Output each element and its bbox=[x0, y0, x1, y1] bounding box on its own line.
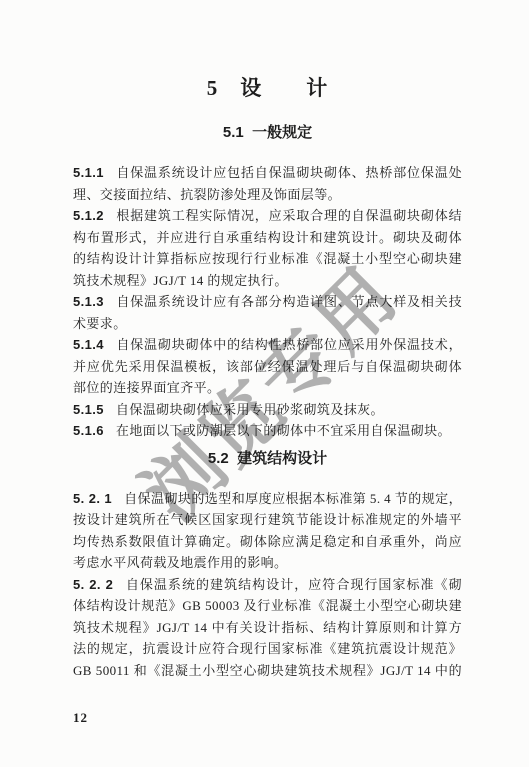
clause-line: 5.1.6在地面以下或防潮层以下的砌体中不宜采用自保温砌块。 bbox=[73, 420, 462, 442]
clause-line: 考虑水平风荷载及地震作用的影响。 bbox=[73, 552, 462, 574]
clause-text: 自保温系统设计应包括自保温砌块砌体、热桥部位保温处 bbox=[116, 165, 462, 180]
clause-line: 按设计建筑所在气候区国家现行建筑节能设计标准规定的外墙平 bbox=[73, 509, 462, 531]
clause-number: 5.1.3 bbox=[73, 294, 104, 309]
clause-line: 5.1.4自保温砌块砌体中的结构性热桥部位应采用外保温技术， bbox=[73, 334, 462, 356]
clause-line: 构布置形式，并应进行自承重结构设计和建筑设计。砌块及砌体 bbox=[73, 227, 462, 249]
clause: 5.1.5自保温砌块砌体应采用专用砂浆砌筑及抹灰。 bbox=[73, 399, 462, 421]
clause: 5. 2. 2自保温系统的建筑结构设计，应符合现行国家标准《砌体结构设计规范》G… bbox=[73, 574, 462, 682]
clause-number: 5. 2. 1 bbox=[73, 491, 112, 506]
clause-line: 5.1.1自保温系统设计应包括自保温砌块砌体、热桥部位保温处 bbox=[73, 162, 462, 184]
clause-line: 5. 2. 1自保温砌块的选型和厚度应根据本标准第 5. 4 节的规定， bbox=[73, 488, 462, 510]
clause-text: 自保温砌块砌体应采用专用砂浆砌筑及抹灰。 bbox=[116, 402, 384, 417]
clause-line: 部位的连接界面宜齐平。 bbox=[73, 377, 462, 399]
clause-text: 自保温砌块砌体中的结构性热桥部位应采用外保温技术， bbox=[116, 337, 462, 352]
clause-number: 5.1.1 bbox=[73, 165, 104, 180]
clause-line: GB 50011 和《混凝土小型空心砌块建筑技术规程》JGJ/T 14 中的 bbox=[73, 660, 462, 682]
clause-number: 5.1.5 bbox=[73, 402, 104, 417]
clause: 5.1.2根据建筑工程实际情况，应采取合理的自保温砌块砌体结构布置形式，并应进行… bbox=[73, 205, 462, 291]
clause-line: 5.1.3自保温系统设计应有各部分构造详图、节点大样及相关技 bbox=[73, 291, 462, 313]
document-page: 浏览专用 5 设 计 5.1 一般规定5.1.1自保温系统设计应包括自保温砌块砌… bbox=[0, 0, 529, 767]
clause-text: 自保温系统设计应有各部分构造详图、节点大样及相关技 bbox=[116, 294, 462, 309]
clause-number: 5.1.6 bbox=[73, 423, 104, 438]
clause-number: 5.1.4 bbox=[73, 337, 104, 352]
clause-line: 法的规定，抗震设计应符合现行国家标准《建筑抗震设计规范》 bbox=[73, 638, 462, 660]
section-heading: 5.2 建筑结构设计 bbox=[73, 450, 462, 467]
clause-text: 在地面以下或防潮层以下的砌体中不宜采用自保温砌块。 bbox=[116, 423, 451, 438]
clause-line: 5.1.2根据建筑工程实际情况，应采取合理的自保温砌块砌体结 bbox=[73, 205, 462, 227]
clause: 5.1.4自保温砌块砌体中的结构性热桥部位应采用外保温技术，并应优先采用保温模板… bbox=[73, 334, 462, 399]
clause-line: 体结构设计规范》GB 50003 及行业标准《混凝土小型空心砌块建 bbox=[73, 595, 462, 617]
clause-line: 筑技术规程》JGJ/T 14 的规定执行。 bbox=[73, 270, 462, 292]
clause-line: 并应优先采用保温模板，该部位经保温处理后与自保温砌块砌体 bbox=[73, 356, 462, 378]
clause-text: 自保温系统的建筑结构设计，应符合现行国家标准《砌 bbox=[125, 577, 462, 592]
clause-text: 自保温砌块的选型和厚度应根据本标准第 5. 4 节的规定， bbox=[124, 491, 462, 506]
clause-text: 根据建筑工程实际情况，应采取合理的自保温砌块砌体结 bbox=[116, 208, 462, 223]
clause-line: 理、交接面拉结、抗裂防渗处理及饰面层等。 bbox=[73, 184, 462, 206]
clause: 5. 2. 1自保温砌块的选型和厚度应根据本标准第 5. 4 节的规定，按设计建… bbox=[73, 488, 462, 574]
clause: 5.1.6在地面以下或防潮层以下的砌体中不宜采用自保温砌块。 bbox=[73, 420, 462, 442]
clause: 5.1.3自保温系统设计应有各部分构造详图、节点大样及相关技术要求。 bbox=[73, 291, 462, 334]
clause: 5.1.1自保温系统设计应包括自保温砌块砌体、热桥部位保温处理、交接面拉结、抗裂… bbox=[73, 162, 462, 205]
sections-container: 5.1 一般规定5.1.1自保温系统设计应包括自保温砌块砌体、热桥部位保温处理、… bbox=[73, 124, 462, 681]
clause-number: 5.1.2 bbox=[73, 208, 104, 223]
clause-line: 的结构设计计算指标应按现行行业标准《混凝土小型空心砌块建 bbox=[73, 248, 462, 270]
chapter-title: 5 设 计 bbox=[73, 75, 462, 101]
clause-line: 术要求。 bbox=[73, 313, 462, 335]
clause-line: 筑技术规程》JGJ/T 14 中有关设计指标、结构计算原则和计算方 bbox=[73, 617, 462, 639]
section-heading: 5.1 一般规定 bbox=[73, 124, 462, 141]
clause-line: 5.1.5自保温砌块砌体应采用专用砂浆砌筑及抹灰。 bbox=[73, 399, 462, 421]
clause-line: 5. 2. 2自保温系统的建筑结构设计，应符合现行国家标准《砌 bbox=[73, 574, 462, 596]
clause-number: 5. 2. 2 bbox=[73, 577, 113, 592]
clause-line: 均传热系数限值计算确定。砌体除应满足稳定和自承重外，尚应 bbox=[73, 531, 462, 553]
page-content: 5 设 计 5.1 一般规定5.1.1自保温系统设计应包括自保温砌块砌体、热桥部… bbox=[0, 0, 529, 681]
page-number: 12 bbox=[73, 710, 88, 726]
